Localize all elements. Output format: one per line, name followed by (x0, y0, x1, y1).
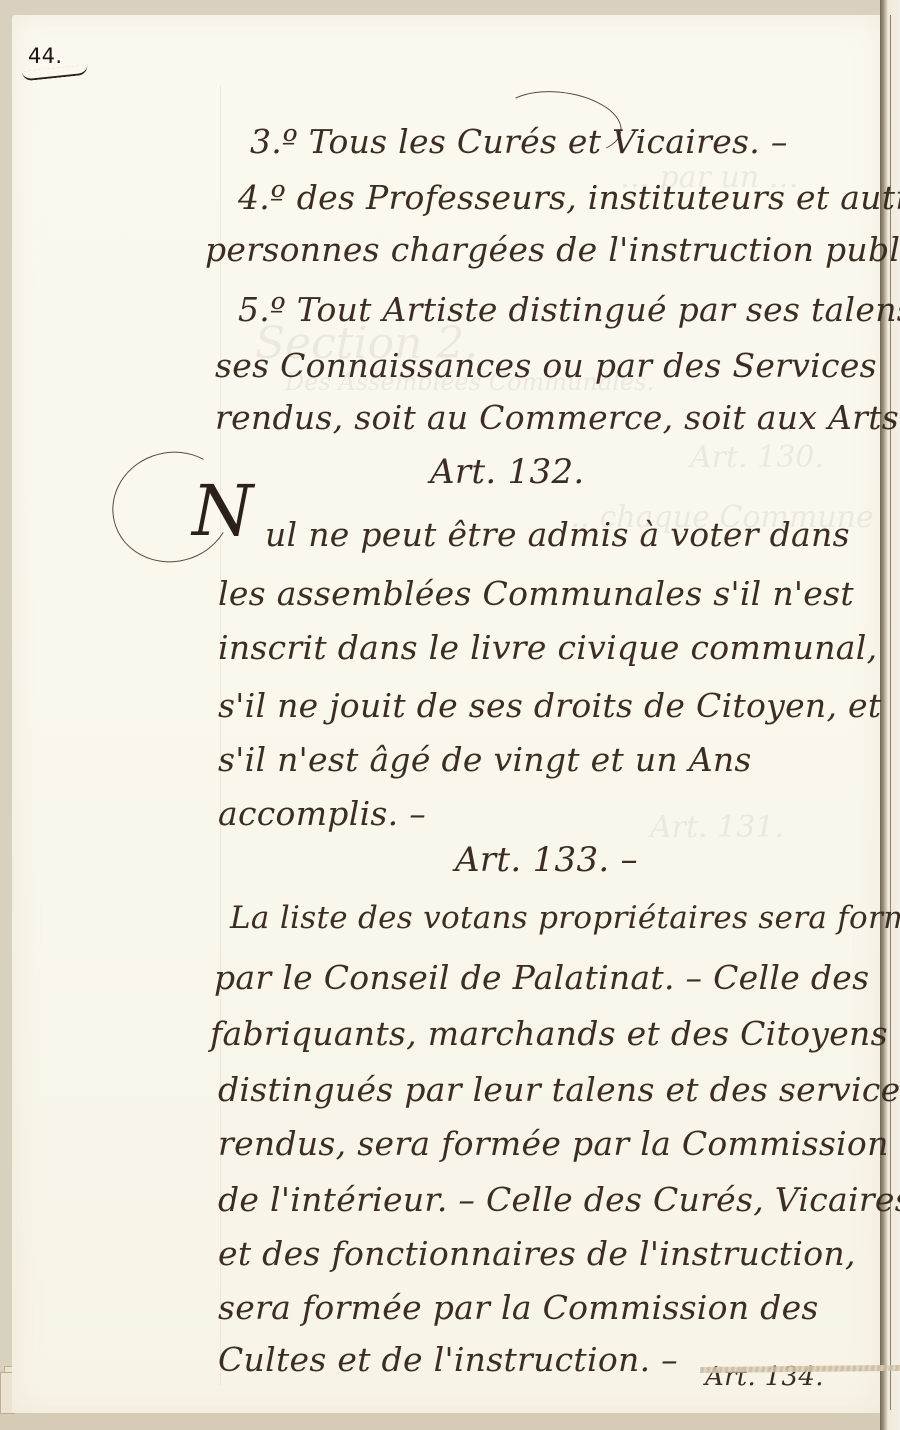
article-133-line: fabriquants, marchands et des Citoyens (210, 1014, 888, 1053)
article-133-line: distingués par leur talens et des servic… (218, 1070, 900, 1109)
page-number: 44. (28, 44, 62, 68)
article-133-line: et des fonctionnaires de l'instruction, (218, 1234, 856, 1273)
article-133-line: rendus, sera formée par la Commission (218, 1124, 889, 1163)
list-item-5-continued: ses Connaissances ou par des Services (215, 346, 877, 385)
article-133-line: Cultes et de l'instruction. – (218, 1340, 678, 1379)
list-item-5-continued: rendus, soit au Commerce, soit aux Arts.… (215, 398, 900, 437)
article-133-line: de l'intérieur. – Celle des Curés, Vicai… (218, 1180, 900, 1219)
list-item-4: 4.º des Professeurs, instituteurs et aut… (238, 178, 900, 217)
article-132-line: s'il n'est âgé de vingt et un Ans (218, 740, 752, 779)
article-133-line: La liste des votans propriétaires sera f… (230, 900, 900, 936)
article-132-line: accomplis. – (218, 794, 426, 833)
list-item-4-continued: personnes chargées de l'instruction publ… (205, 230, 900, 269)
list-item-5: 5.º Tout Artiste distingué par ses talen… (238, 290, 900, 329)
article-133-line: par le Conseil de Palatinat. – Celle des (214, 958, 869, 997)
drop-cap: N (192, 470, 253, 552)
article-132-line: les assemblées Communales s'il n'est (218, 574, 854, 613)
article-132-line: s'il ne jouit de ses droits de Citoyen, … (218, 686, 881, 725)
desk-background (0, 1413, 900, 1430)
article-132-heading: Art. 132. (430, 452, 585, 492)
article-133-line: sera formée par la Commission des (218, 1288, 819, 1327)
article-133-heading: Art. 133. – (455, 840, 638, 880)
article-132-line: inscrit dans le livre civique communal, (218, 628, 877, 667)
list-item-3: 3.º Tous les Curés et Vicaires. – (250, 122, 788, 161)
article-132-line: ul ne peut être admis à voter dans (265, 515, 850, 554)
